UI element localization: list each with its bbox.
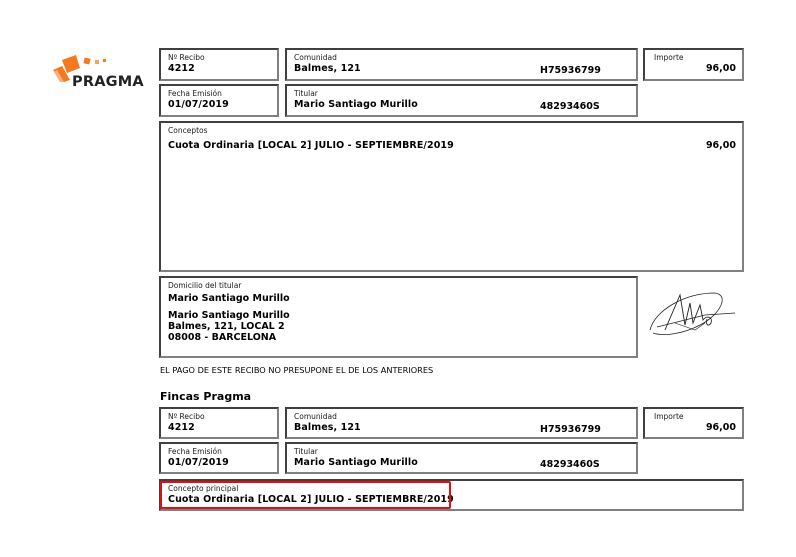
titular-value: Mario Santiago Murillo [294,99,418,110]
stub-titular-value: Mario Santiago Murillo [294,457,418,468]
comunidad-cif: H75936799 [540,65,601,76]
domicilio-line-3: 08008 - BARCELONA [168,332,276,343]
signature-icon [645,285,745,345]
stub-comunidad-label: Comunidad [294,412,337,421]
titular-label: Titular [294,89,318,98]
fecha-box: Fecha Emisión 01/07/2019 [159,84,279,117]
titular-box: Titular Mario Santiago Murillo 48293460S [285,84,638,117]
logo-text: PRAGMA [72,74,144,90]
comunidad-value: Balmes, 121 [294,63,361,74]
comunidad-label: Comunidad [294,53,337,62]
titular-nif: 48293460S [540,101,600,112]
payment-note: EL PAGO DE ESTE RECIBO NO PRESUPONE EL D… [160,365,433,375]
concepto-highlight [160,481,451,509]
concepto-description: Cuota Ordinaria [LOCAL 2] JULIO - SEPTIE… [168,140,454,151]
stub-recibo-box: Nº Recibo 4212 [159,407,279,439]
stub-comunidad-value: Balmes, 121 [294,422,361,433]
stub-importe-value: 96,00 [706,422,736,433]
fecha-label: Fecha Emisión [168,89,222,98]
conceptos-label: Conceptos [168,126,208,135]
recibo-value: 4212 [168,63,195,74]
fecha-value: 01/07/2019 [168,99,229,110]
stub-fecha-value: 01/07/2019 [168,457,229,468]
stub-fecha-label: Fecha Emisión [168,447,222,456]
domicilio-label: Domicilio del titular [168,281,241,290]
stub-recibo-label: Nº Recibo [168,412,205,421]
importe-value: 96,00 [706,63,736,74]
company-name: Fincas Pragma [160,390,251,403]
domicilio-line-2: Balmes, 121, LOCAL 2 [168,321,285,332]
pragma-logo: PRAGMA [50,52,150,92]
stub-titular-nif: 48293460S [540,459,600,470]
domicilio-box: Domicilio del titular Mario Santiago Mur… [159,276,638,358]
stub-recibo-value: 4212 [168,422,195,433]
stub-comunidad-cif: H75936799 [540,424,601,435]
stub-fecha-box: Fecha Emisión 01/07/2019 [159,442,279,474]
importe-box: Importe 96,00 [643,48,744,81]
recibo-box: Nº Recibo 4212 [159,48,279,81]
stub-titular-label: Titular [294,447,318,456]
conceptos-box: Conceptos Cuota Ordinaria [LOCAL 2] JULI… [159,121,744,272]
domicilio-name: Mario Santiago Murillo [168,293,290,304]
importe-label: Importe [654,53,684,62]
stub-titular-box: Titular Mario Santiago Murillo 48293460S [285,442,638,474]
domicilio-line-1: Mario Santiago Murillo [168,310,290,321]
stub-comunidad-box: Comunidad Balmes, 121 H75936799 [285,407,638,439]
stub-importe-box: Importe 96,00 [643,407,744,439]
recibo-label: Nº Recibo [168,53,205,62]
concepto-amount: 96,00 [706,140,736,151]
comunidad-box: Comunidad Balmes, 121 H75936799 [285,48,638,81]
stub-importe-label: Importe [654,412,684,421]
